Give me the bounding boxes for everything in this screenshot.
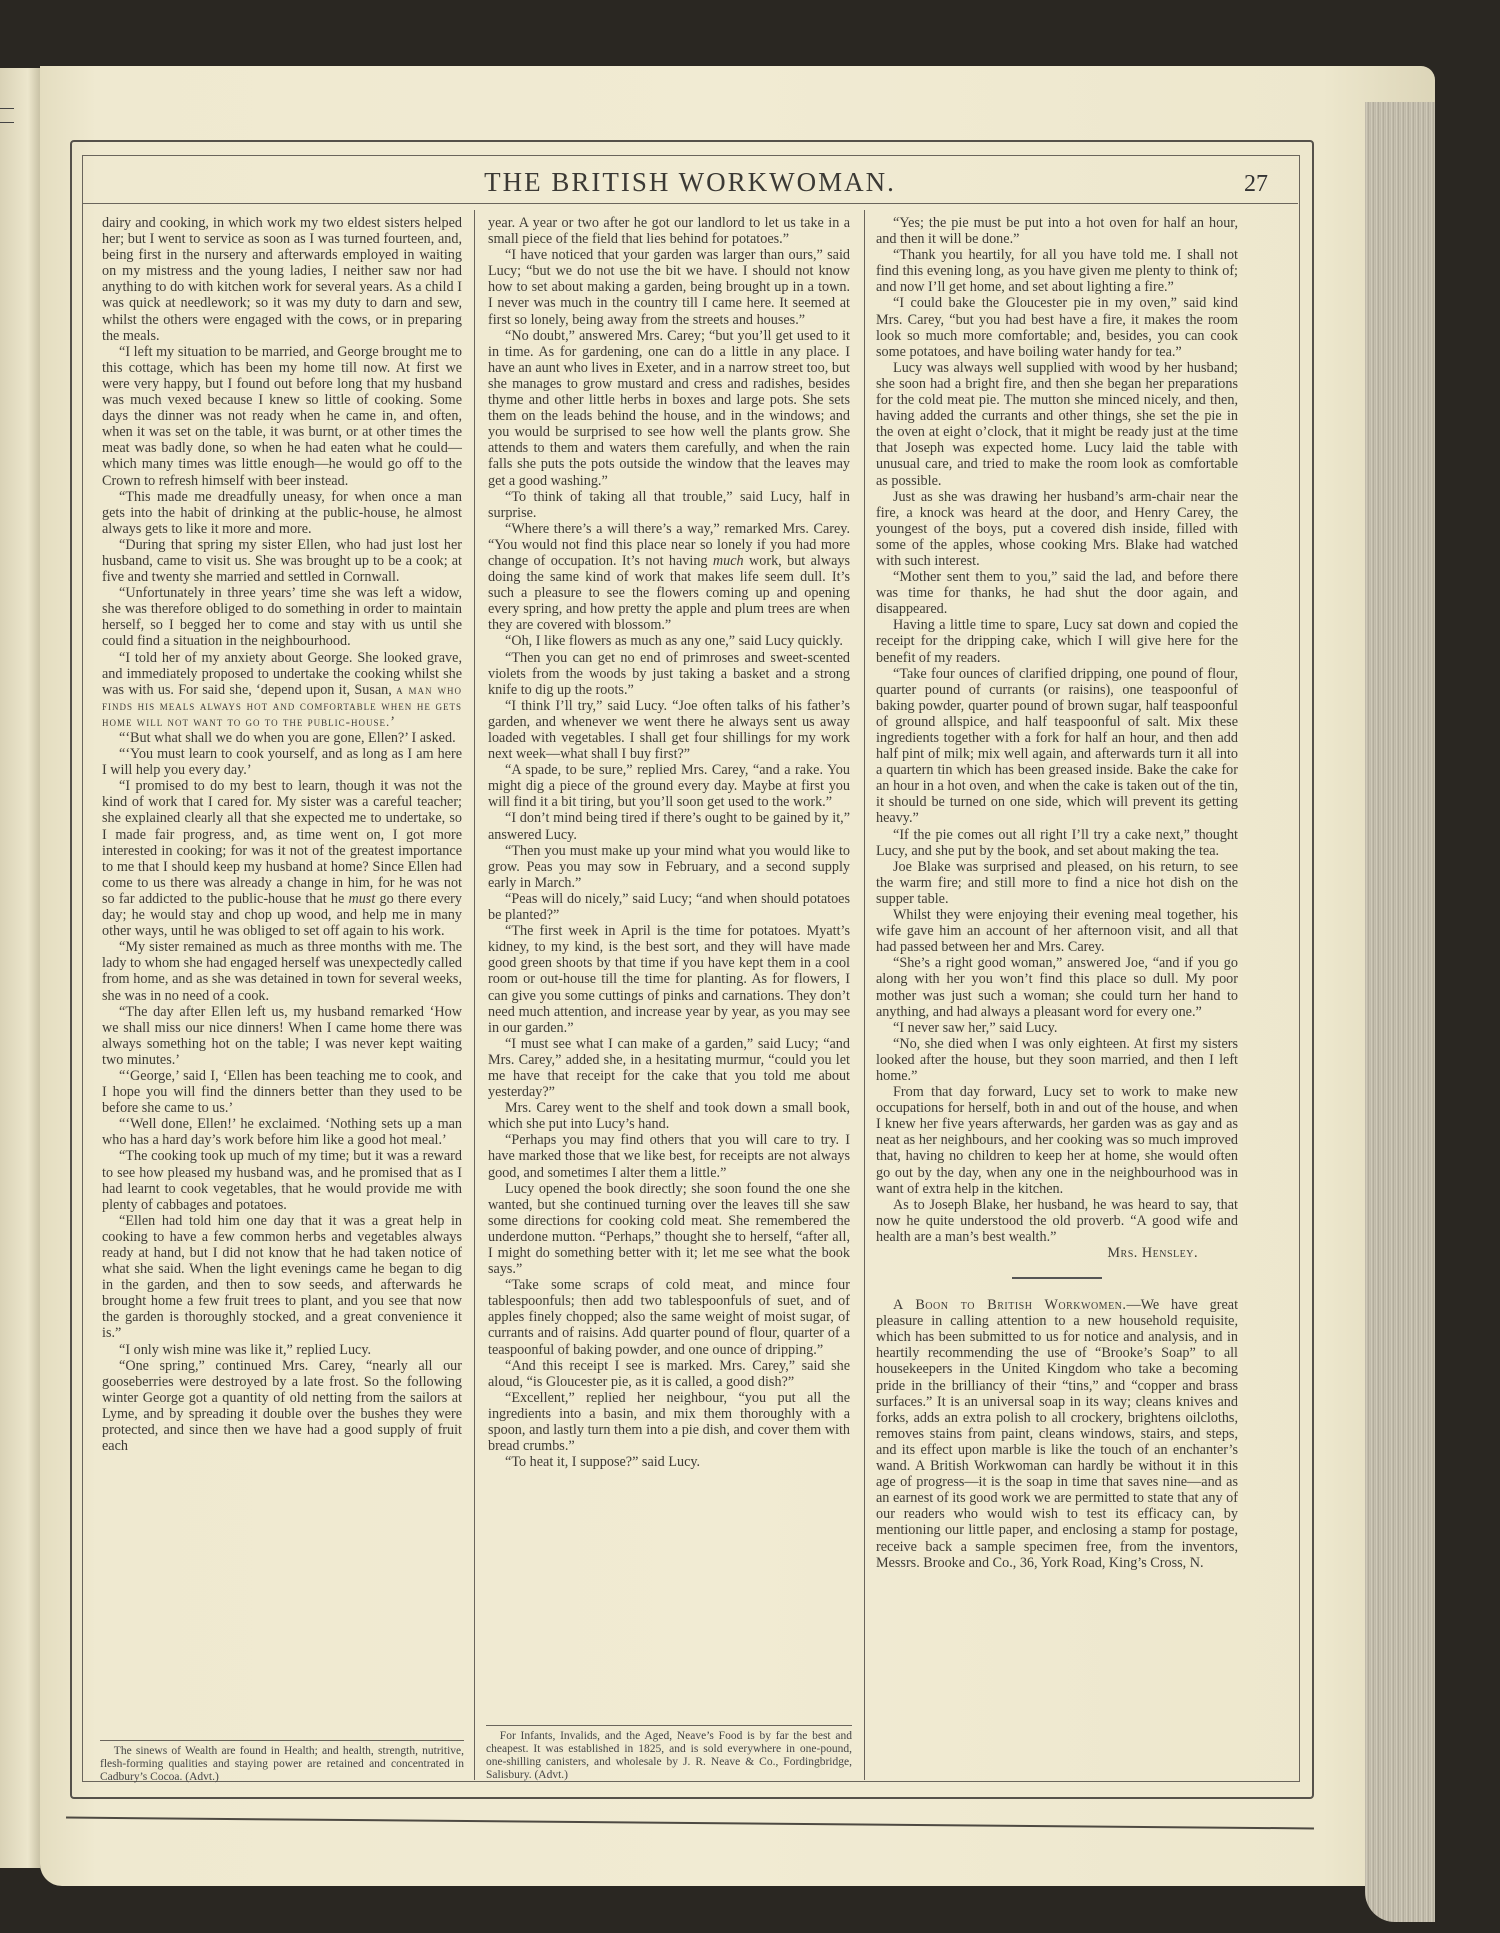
paragraph: “I only wish mine was like it,” replied … — [102, 1342, 462, 1358]
paragraph: “To think of taking all that trouble,” s… — [488, 489, 850, 521]
paragraph: “No doubt,” answered Mrs. Carey; “but yo… — [488, 328, 850, 489]
paragraph: From that day forward, Lucy set to work … — [876, 1084, 1238, 1197]
paragraph: “Yes; the pie must be put into a hot ove… — [876, 215, 1238, 247]
publication-title: THE BRITISH WORKWOMAN. — [82, 167, 1298, 198]
page-number: 27 — [1244, 171, 1268, 198]
section-separator — [1012, 1277, 1102, 1279]
paragraph: dairy and cooking, in which work my two … — [102, 215, 462, 344]
author-signature: Mrs. Hensley. — [876, 1245, 1238, 1261]
paragraph: “Take some scraps of cold meat, and minc… — [488, 1277, 850, 1357]
paragraph: Lucy was always well supplied with wood … — [876, 360, 1238, 489]
paragraph: “Excellent,” replied her neighbour, “you… — [488, 1390, 850, 1454]
advertisement-neaves-food: For Infants, Invalids, and the Aged, Nea… — [486, 1725, 852, 1782]
paragraph: “Then you must make up your mind what yo… — [488, 843, 850, 891]
paragraph: “The first week in April is the time for… — [488, 923, 850, 1036]
boon-text: —We have great pleasure in calling atten… — [876, 1297, 1238, 1571]
paragraph: “During that spring my sister Ellen, who… — [102, 537, 462, 585]
paragraph: “I don’t mind being tired if there’s oug… — [488, 810, 850, 842]
paragraph: “I promised to do my best to learn, thou… — [102, 778, 462, 939]
paragraph: “‘But what shall we do when you are gone… — [102, 730, 462, 746]
paragraph: “One spring,” continued Mrs. Carey, “nea… — [102, 1358, 462, 1455]
paragraph: “Thank you heartily, for all you have to… — [876, 247, 1238, 295]
paragraph: year. A year or two after he got our lan… — [488, 215, 850, 247]
advert-text: For Infants, Invalids, and the Aged, Nea… — [486, 1730, 852, 1782]
left-facing-page-edge — [0, 68, 42, 1868]
paragraph: “Peas will do nicely,” said Lucy; “and w… — [488, 891, 850, 923]
paragraph: “Perhaps you may find others that you wi… — [488, 1132, 850, 1180]
paragraph: “I could bake the Gloucester pie in my o… — [876, 295, 1238, 359]
article-column-3: “Yes; the pie must be put into a hot ove… — [876, 215, 1238, 1571]
paragraph: Having a little time to spare, Lucy sat … — [876, 617, 1238, 665]
paragraph: “The cooking took up much of my time; bu… — [102, 1148, 462, 1212]
paragraph: Mrs. Carey went to the shelf and took do… — [488, 1100, 850, 1132]
column-divider — [864, 210, 865, 1780]
paragraph: “I left my situation to be married, and … — [102, 344, 462, 489]
page-header: THE BRITISH WORKWOMAN. 27 — [82, 165, 1298, 204]
paragraph: Just as she was drawing her husband’s ar… — [876, 489, 1238, 569]
italic-word: must — [348, 891, 375, 907]
paragraph: “If the pie comes out all right I’ll try… — [876, 827, 1238, 859]
paragraph: “‘You must learn to cook yourself, and a… — [102, 746, 462, 778]
paragraph: “Unfortunately in three years’ time she … — [102, 585, 462, 649]
paragraph: “A spade, to be sure,” replied Mrs. Care… — [488, 762, 850, 810]
left-page-rule — [0, 108, 14, 109]
boon-heading: A Boon to British Workwomen. — [893, 1297, 1126, 1313]
article-column-2: year. A year or two after he got our lan… — [488, 215, 850, 1470]
paragraph: “‘George,’ said I, ‘Ellen has been teach… — [102, 1068, 462, 1116]
paragraph: “‘Well done, Ellen!’ he exclaimed. ‘Noth… — [102, 1116, 462, 1148]
paragraph: “No, she died when I was only eighteen. … — [876, 1036, 1238, 1084]
advertisement-cadbury: The sinews of Wealth are found in Health… — [100, 1740, 464, 1784]
paragraph: “The day after Ellen left us, my husband… — [102, 1004, 462, 1068]
paragraph: “And this receipt I see is marked. Mrs. … — [488, 1358, 850, 1390]
left-page-rule — [0, 122, 14, 123]
column-divider — [474, 210, 475, 1780]
paragraph: “Take four ounces of clarified dripping,… — [876, 666, 1238, 827]
article-column-1: dairy and cooking, in which work my two … — [102, 215, 462, 1454]
paragraph: Whilst they were enjoying their evening … — [876, 907, 1238, 955]
paragraph: “I never saw her,” said Lucy. — [876, 1020, 1238, 1036]
paragraph: Lucy opened the book directly; she soon … — [488, 1181, 850, 1278]
italic-word: much — [713, 553, 744, 569]
paragraph: “To heat it, I suppose?” said Lucy. — [488, 1454, 850, 1470]
paragraph: As to Joseph Blake, her husband, he was … — [876, 1197, 1238, 1245]
paragraph: “I must see what I can make of a garden,… — [488, 1036, 850, 1100]
paragraph: “My sister remained as much as three mon… — [102, 939, 462, 1003]
paragraph: “I think I’ll try,” said Lucy. “Joe ofte… — [488, 698, 850, 762]
paragraph: Joe Blake was surprised and pleased, on … — [876, 859, 1238, 907]
boon-paragraph: A Boon to British Workwomen.—We have gre… — [876, 1297, 1238, 1571]
paragraph: “I have noticed that your garden was lar… — [488, 247, 850, 327]
page-stack-edge — [1365, 102, 1435, 1922]
paragraph: “I told her of my anxiety about George. … — [102, 650, 462, 730]
paragraph: “Where there’s a will there’s a way,” re… — [488, 521, 850, 634]
advert-text: The sinews of Wealth are found in Health… — [100, 1745, 464, 1784]
quote-mark: ’ — [390, 714, 395, 730]
paragraph: “This made me dreadfully uneasy, for whe… — [102, 489, 462, 537]
paragraph: “Mother sent them to you,” said the lad,… — [876, 569, 1238, 617]
paragraph: “Oh, I like flowers as much as any one,”… — [488, 633, 850, 649]
paragraph: “Then you can get no end of primroses an… — [488, 650, 850, 698]
paragraph-text: “I promised to do my best to learn, thou… — [102, 778, 462, 907]
paragraph: “Ellen had told him one day that it was … — [102, 1213, 462, 1342]
paragraph: “She’s a right good woman,” answered Joe… — [876, 955, 1238, 1019]
